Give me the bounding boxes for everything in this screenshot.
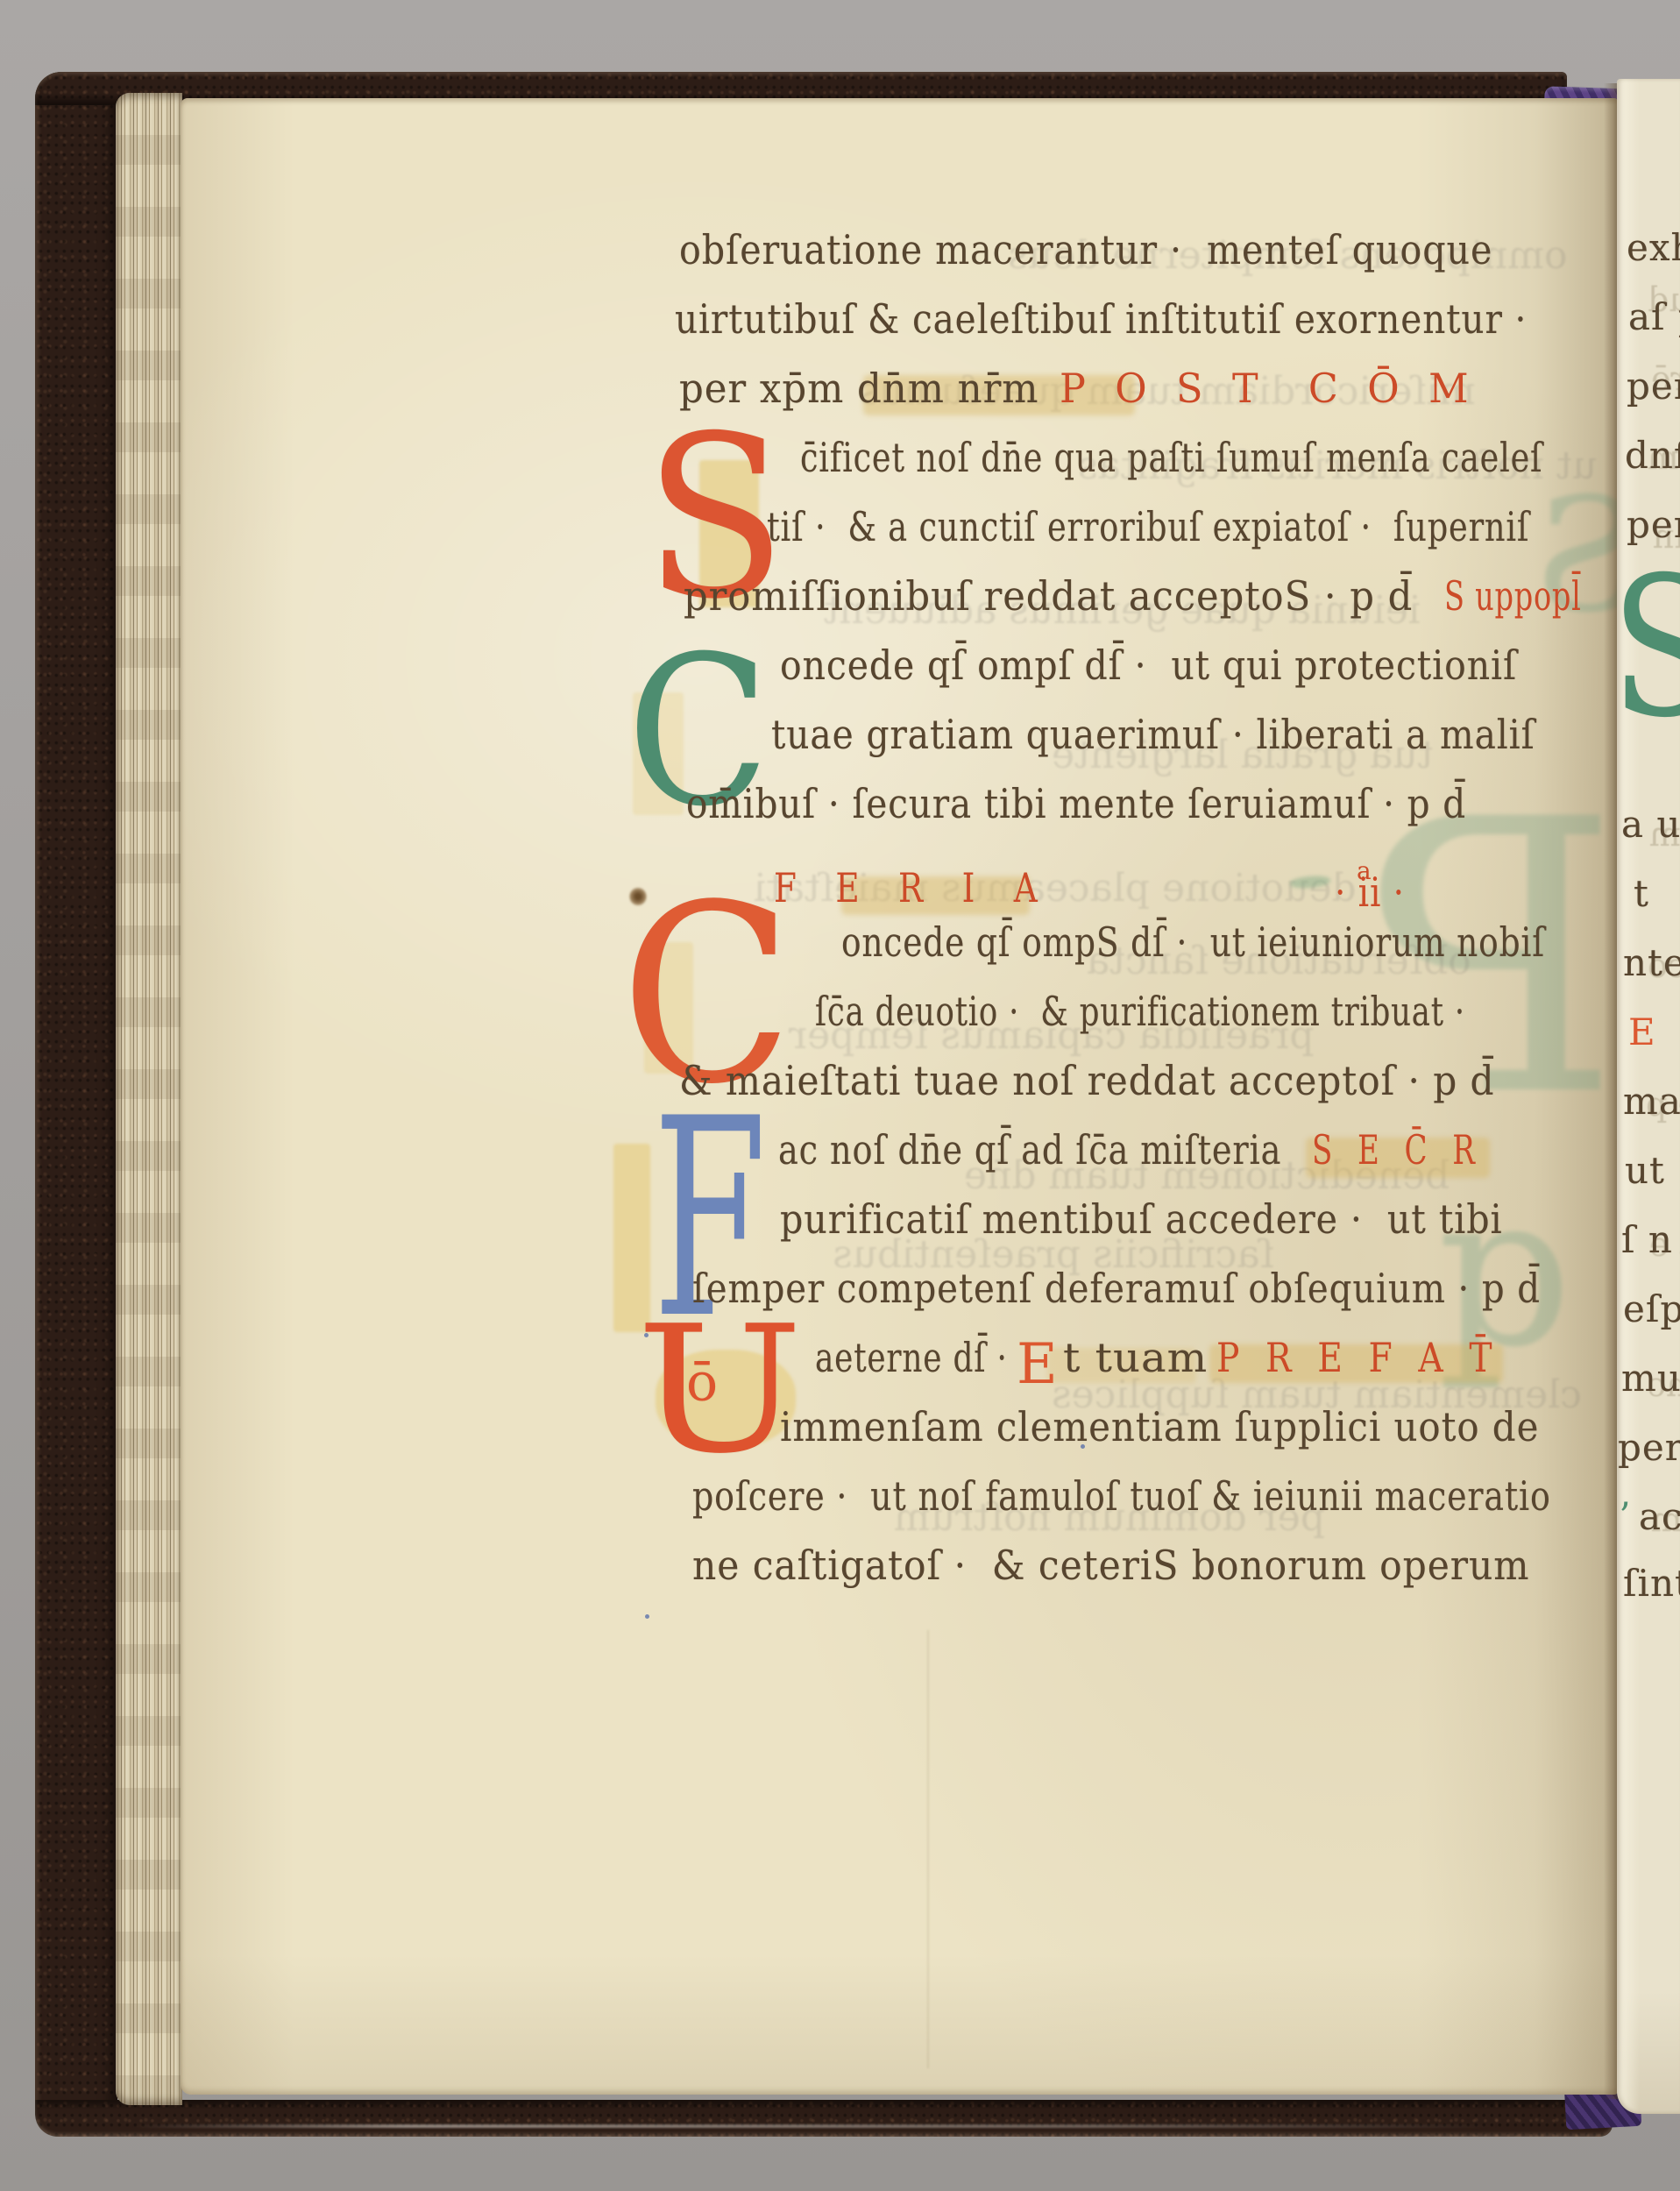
text-run: P R E F A T̄ (1216, 1337, 1499, 1378)
text-run: ne caſtigatoſ · & ceteriS bonorum operum (692, 1545, 1529, 1585)
text-run: ſemper competenſ deferamuſ obſequium · p… (692, 1268, 1541, 1308)
text-run: S E C̄ R (1312, 1130, 1483, 1170)
text-run: ſint (1623, 1565, 1680, 1602)
text-run: t tuam (1063, 1337, 1208, 1378)
text-run: immenſam clementiam ſupplici uoto de (780, 1407, 1539, 1447)
text-run: ſ n (1621, 1222, 1673, 1259)
text-run: om̄ibuſ · ſecura tibi mente ſeruiamuſ · … (686, 784, 1466, 824)
text-run: oncede qſ̄ ompS dſ̄ · ut ieiuniorum nobi… (841, 922, 1545, 962)
text-run: tiſ · & a cunctiſ erroribuſ expiatoſ · ſ… (767, 507, 1529, 547)
text-run: uirtutibuſ & caeleſtibuſ inſtitutiſ exor… (675, 299, 1527, 339)
manuscript-photo: PSqomnipotens ſempiterne deusmiſericordi… (0, 0, 1680, 2191)
text-run: & maieſtati tuae noſ reddat acceptoſ · p… (679, 1060, 1495, 1101)
foxing-spot (629, 887, 647, 906)
text-run: muſ (1621, 1360, 1680, 1397)
text-run: a (1357, 859, 1372, 883)
text-run: per (1627, 507, 1680, 543)
text-run: act (1639, 1499, 1680, 1535)
blue-ink-speck (645, 1614, 649, 1619)
text-run: a ui (1621, 806, 1680, 843)
text-run: obſeruatione macerantur · menteſ quoque (679, 230, 1492, 270)
text-run: ma (1623, 1083, 1680, 1120)
text-run: eſp (1623, 1291, 1680, 1328)
text-run: aeterne dſ̄ · (815, 1337, 1008, 1378)
text-run: aſ pe (1628, 299, 1680, 336)
text-run: purificatiſ mentibuſ accedere · ut tibi (780, 1199, 1503, 1239)
text-run: poſcere · ut noſ famuloſ tuoſ & ieiunii … (692, 1476, 1551, 1516)
blue-ink-speck (644, 1333, 649, 1337)
text-run: P O S T C Ō M (1060, 368, 1477, 408)
text-run: ſc̄a deuotio · & purificationem tribuat … (815, 991, 1465, 1032)
right-leaf-text: exhibaſ peperudnſ apera uitnteEmautſ neſ… (1617, 79, 1680, 2114)
text-run: per e (1618, 1429, 1680, 1466)
text-run: promiſſionibuſ reddat acceptoS · p d̄ (684, 576, 1413, 616)
text-run: E (1628, 1014, 1656, 1051)
text-run: E (1017, 1337, 1059, 1393)
text-run: exhib (1627, 230, 1680, 266)
text-run: peru (1627, 368, 1680, 405)
text-run: tuae gratiam quaerimuſ · liberati a mali… (771, 714, 1535, 755)
blue-ink-speck (1081, 1444, 1085, 1449)
text-run: ʼ (1618, 1499, 1630, 1535)
text-run: dnſ a (1625, 437, 1680, 474)
text-run: ut (1625, 1152, 1665, 1189)
text-run: c̄ificet noſ dn̄e qua paſti ſumuſ menſa … (800, 437, 1542, 478)
text-run: ac noſ dn̄e qſ̄ ad ſc̄a miſteria (778, 1130, 1281, 1170)
text-run: oncede qſ̄ ompſ dſ̄ · ut qui protectioni… (780, 645, 1517, 685)
text-run: t (1634, 876, 1649, 912)
text-run: F E R I A (774, 868, 1052, 908)
ruling-crease (927, 1630, 929, 2068)
right-page-edge: ſcudmirēſolēmgunmēmiſtcodn̄e put eſtincu… (1617, 79, 1680, 2114)
text-run: S uppopl̄ (1444, 576, 1582, 616)
text-run: nte (1623, 945, 1680, 982)
text-run: per xp̄m dn̄m nr̄m (679, 368, 1038, 408)
text-layer: obſeruatione macerantur · menteſ quoqueu… (0, 0, 1680, 2191)
